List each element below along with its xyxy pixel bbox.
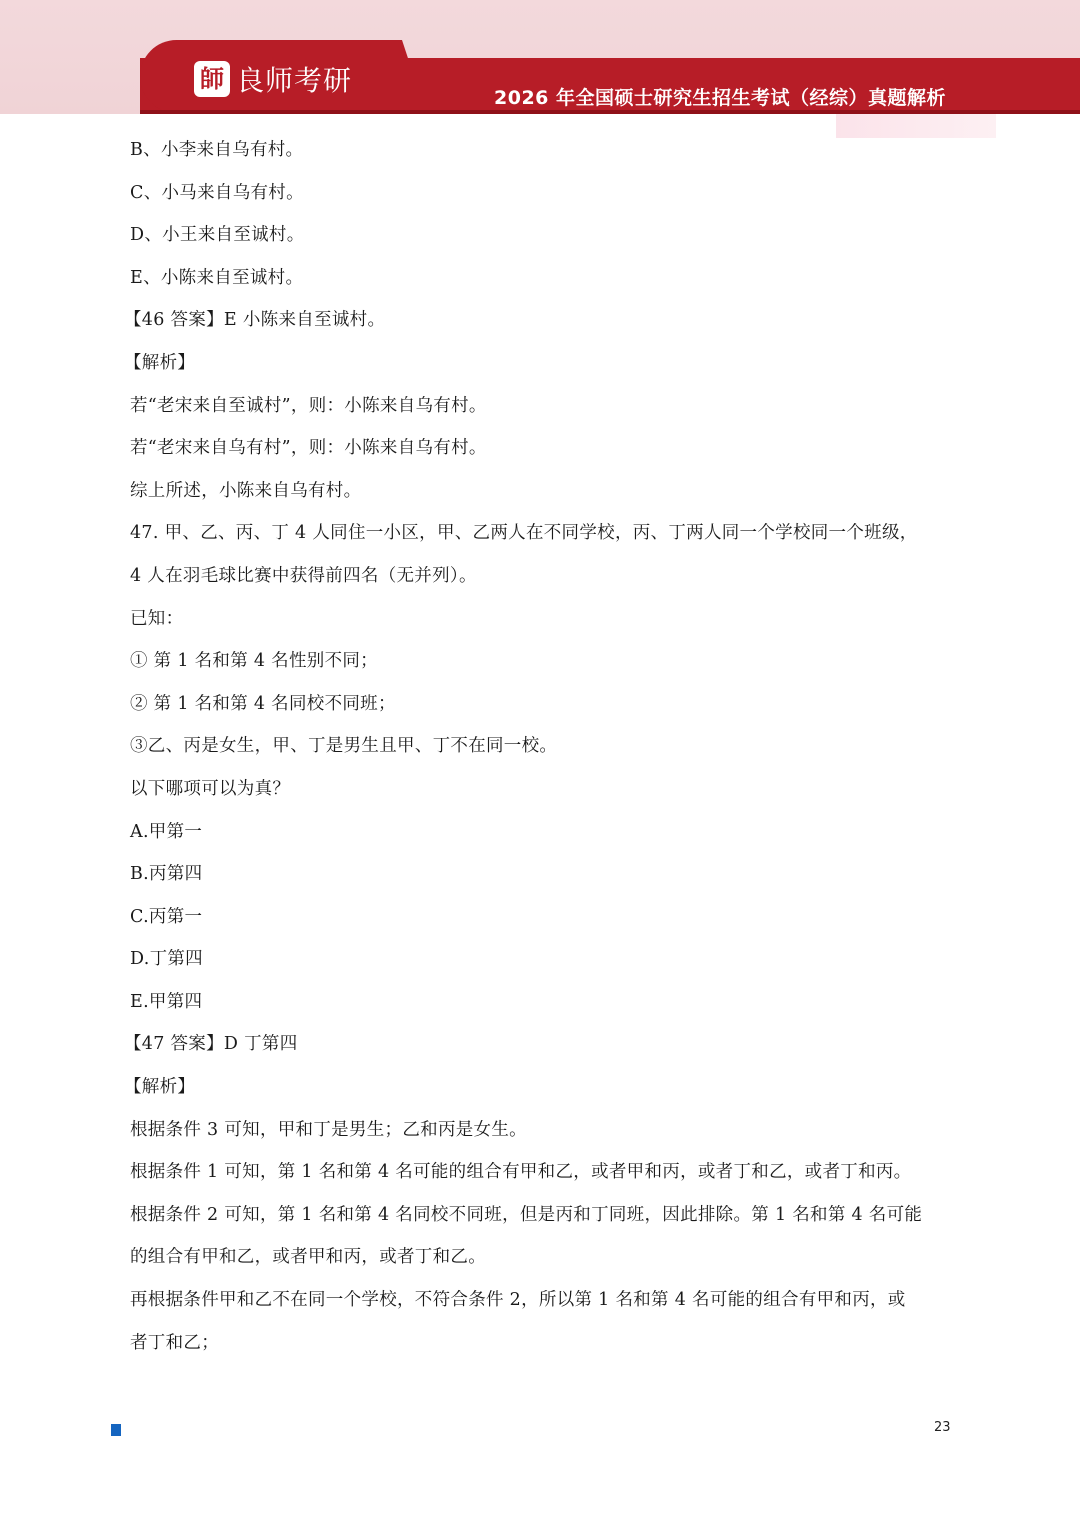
option-c: C.丙第一	[130, 904, 960, 947]
condition-1: ① 第 1 名和第 4 名性别不同；	[130, 648, 960, 691]
option-d: D.丁第四	[130, 946, 960, 989]
logo-mark-icon: 師	[194, 61, 230, 97]
option-e: E.甲第四	[130, 989, 960, 1032]
header-underline	[140, 110, 1080, 114]
brand-name: 良师考研	[236, 59, 352, 99]
analysis-heading: 【解析】	[124, 350, 960, 393]
answer-47: 【47 答案】D 丁第四	[124, 1031, 960, 1074]
analysis-line: 根据条件 2 可知，第 1 名和第 4 名同校不同班，但是丙和丁同班，因此排除。…	[130, 1202, 960, 1245]
brand-logo: 師 良师考研	[194, 60, 352, 98]
analysis-line: 若“老宋来自至诚村”，则：小陈来自乌有村。	[130, 393, 960, 436]
condition-3: ③乙、丙是女生，甲、丁是男生且甲、丁不在同一校。	[130, 733, 960, 776]
option-d: D、小王来自至诚村。	[130, 222, 960, 265]
document-title: 2026 年全国硕士研究生招生考试（经综）真题解析	[494, 83, 946, 110]
analysis-line: 再根据条件甲和乙不在同一个学校，不符合条件 2，所以第 1 名和第 4 名可能的…	[130, 1287, 960, 1330]
known-heading: 已知：	[130, 606, 960, 649]
condition-2: ② 第 1 名和第 4 名同校不同班；	[130, 691, 960, 734]
analysis-line: 根据条件 1 可知，第 1 名和第 4 名可能的组合有甲和乙，或者甲和丙，或者丁…	[130, 1159, 960, 1202]
option-a: A.甲第一	[130, 819, 960, 862]
option-b: B.丙第四	[130, 861, 960, 904]
question-47: 47. 甲、乙、丙、丁 4 人同住一小区，甲、乙两人在不同学校，丙、丁两人同一个…	[130, 520, 960, 563]
analysis-line: 的组合有甲和乙，或者甲和丙，或者丁和乙。	[130, 1244, 960, 1287]
analysis-line: 根据条件 3 可知，甲和丁是男生；乙和丙是女生。	[130, 1117, 960, 1160]
decorative-patch	[836, 114, 996, 138]
analysis-heading: 【解析】	[124, 1074, 960, 1117]
analysis-line: 者丁和乙；	[130, 1330, 960, 1373]
question-47-cont: 4 人在羽毛球比赛中获得前四名（无并列）。	[130, 563, 960, 606]
document-body: B、小李来自乌有村。 C、小马来自乌有村。 D、小王来自至诚村。 E、小陈来自至…	[130, 137, 960, 1372]
page-number: 23	[934, 1420, 951, 1435]
option-e: E、小陈来自至诚村。	[130, 265, 960, 308]
option-c: C、小马来自乌有村。	[130, 180, 960, 223]
analysis-line: 综上所述，小陈来自乌有村。	[130, 478, 960, 521]
analysis-line: 若“老宋来自乌有村”，则：小陈来自乌有村。	[130, 435, 960, 478]
question-prompt: 以下哪项可以为真？	[130, 776, 960, 819]
option-b: B、小李来自乌有村。	[130, 137, 960, 180]
answer-46: 【46 答案】E 小陈来自至诚村。	[124, 307, 960, 350]
footer-marker	[111, 1424, 121, 1436]
